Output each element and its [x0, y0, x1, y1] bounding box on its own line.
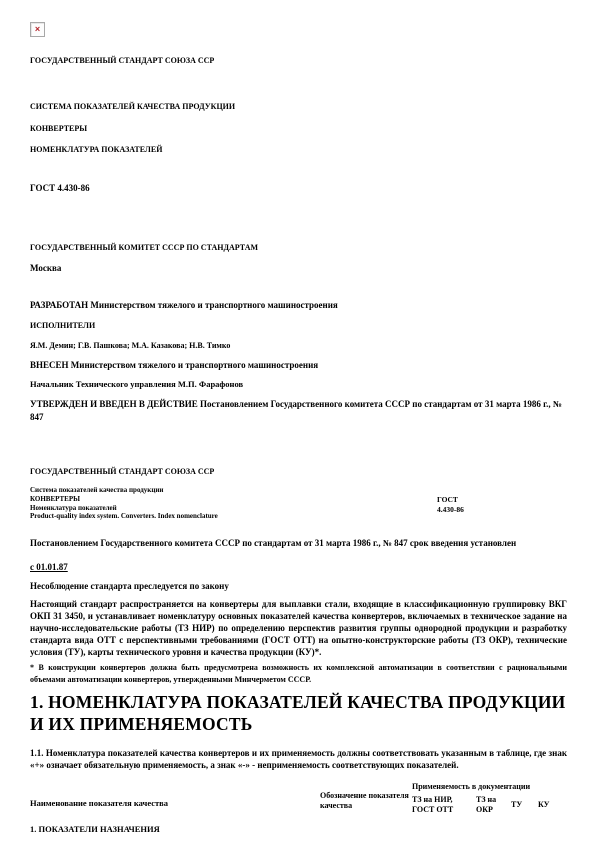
enactment-decree-line: Постановлением Государственного комитета…: [30, 538, 567, 549]
effective-date: с 01.01.87: [30, 562, 567, 573]
scope-paragraph: Настоящий стандарт распространяется на к…: [30, 598, 567, 658]
section-1-heading: 1. НОМЕНКЛАТУРА ПОКАЗАТЕЛЕЙ КАЧЕСТВА ПРО…: [30, 691, 567, 735]
para-1-1: 1.1. Номенклатура показателей качества к…: [30, 748, 567, 771]
executors-names: Я.М. Демин; Г.В. Пашкова; М.А. Казакова;…: [30, 340, 567, 351]
col-header-designation: Обозначение показателя качества: [320, 791, 412, 811]
col-header-applicability: Применяемость в документации: [412, 782, 592, 792]
gost-number: ГОСТ 4.430-86: [30, 183, 567, 194]
broken-image-icon: ×: [30, 22, 45, 37]
committee-header: ГОСУДАРСТВЕННЫЙ КОМИТЕТ СССР ПО СТАНДАРТ…: [30, 242, 567, 253]
title-block-product: КОНВЕРТЕРЫ: [30, 495, 567, 504]
quality-system-title: СИСТЕМА ПОКАЗАТЕЛЕЙ КАЧЕСТВА ПРОДУКЦИИ: [30, 101, 567, 112]
gost-label: ГОСТ: [437, 495, 464, 505]
department-head-line: Начальник Технического управления М.П. Ф…: [30, 379, 567, 390]
title-block-english: Product-quality index system. Converters…: [30, 512, 567, 521]
executors-label: ИСПОЛНИТЕЛИ: [30, 320, 567, 331]
city-label: Москва: [30, 263, 567, 274]
title-block-doc-type: Номенклатура показателей: [30, 504, 567, 513]
developed-by-line: РАЗРАБОТАН Министерством тяжелого и тран…: [30, 300, 567, 311]
col-header-name: Наименование показателя качества: [30, 798, 330, 808]
title-block-left: Система показателей качества продукции К…: [30, 486, 567, 521]
product-title: КОНВЕРТЕРЫ: [30, 123, 567, 134]
col-header-tu: ТУ: [511, 800, 522, 810]
standard-union-header: ГОСУДАРСТВЕННЫЙ СТАНДАРТ СОЮЗА ССР: [30, 55, 567, 66]
table-group-row-1: 1. ПОКАЗАТЕЛИ НАЗНАЧЕНИЯ: [30, 824, 567, 835]
law-notice: Несоблюдение стандарта преследуется по з…: [30, 581, 567, 592]
gost-number-small: 4.430-86: [437, 505, 464, 515]
broken-image-x-glyph: ×: [35, 25, 40, 34]
gost-designation-box: ГОСТ 4.430-86: [437, 495, 464, 514]
table-header-row: Наименование показателя качества Обознач…: [30, 782, 567, 819]
approved-line: УТВЕРЖДЕН И ВВЕДЕН В ДЕЙСТВИЕ Постановле…: [30, 398, 567, 423]
doc-type-title: НОМЕНКЛАТУРА ПОКАЗАТЕЛЕЙ: [30, 144, 567, 155]
document-page: × ГОСУДАРСТВЕННЫЙ СТАНДАРТ СОЮЗА ССР СИС…: [0, 0, 595, 842]
standard-union-header-2: ГОСУДАРСТВЕННЫЙ СТАНДАРТ СОЮЗА ССР: [30, 466, 567, 477]
submitted-by-line: ВНЕСЕН Министерством тяжелого и транспор…: [30, 360, 567, 371]
title-block: Система показателей качества продукции К…: [30, 486, 567, 524]
title-block-system: Система показателей качества продукции: [30, 486, 567, 495]
scope-footnote: * В конструкции конвертеров должна быть …: [30, 662, 567, 685]
col-header-tz-nir-gost-ott: ТЗ на НИР, ГОСТ ОТТ: [412, 795, 462, 815]
col-header-ku: КУ: [538, 800, 550, 810]
col-header-tz-okr: ТЗ на ОКР: [476, 795, 504, 815]
